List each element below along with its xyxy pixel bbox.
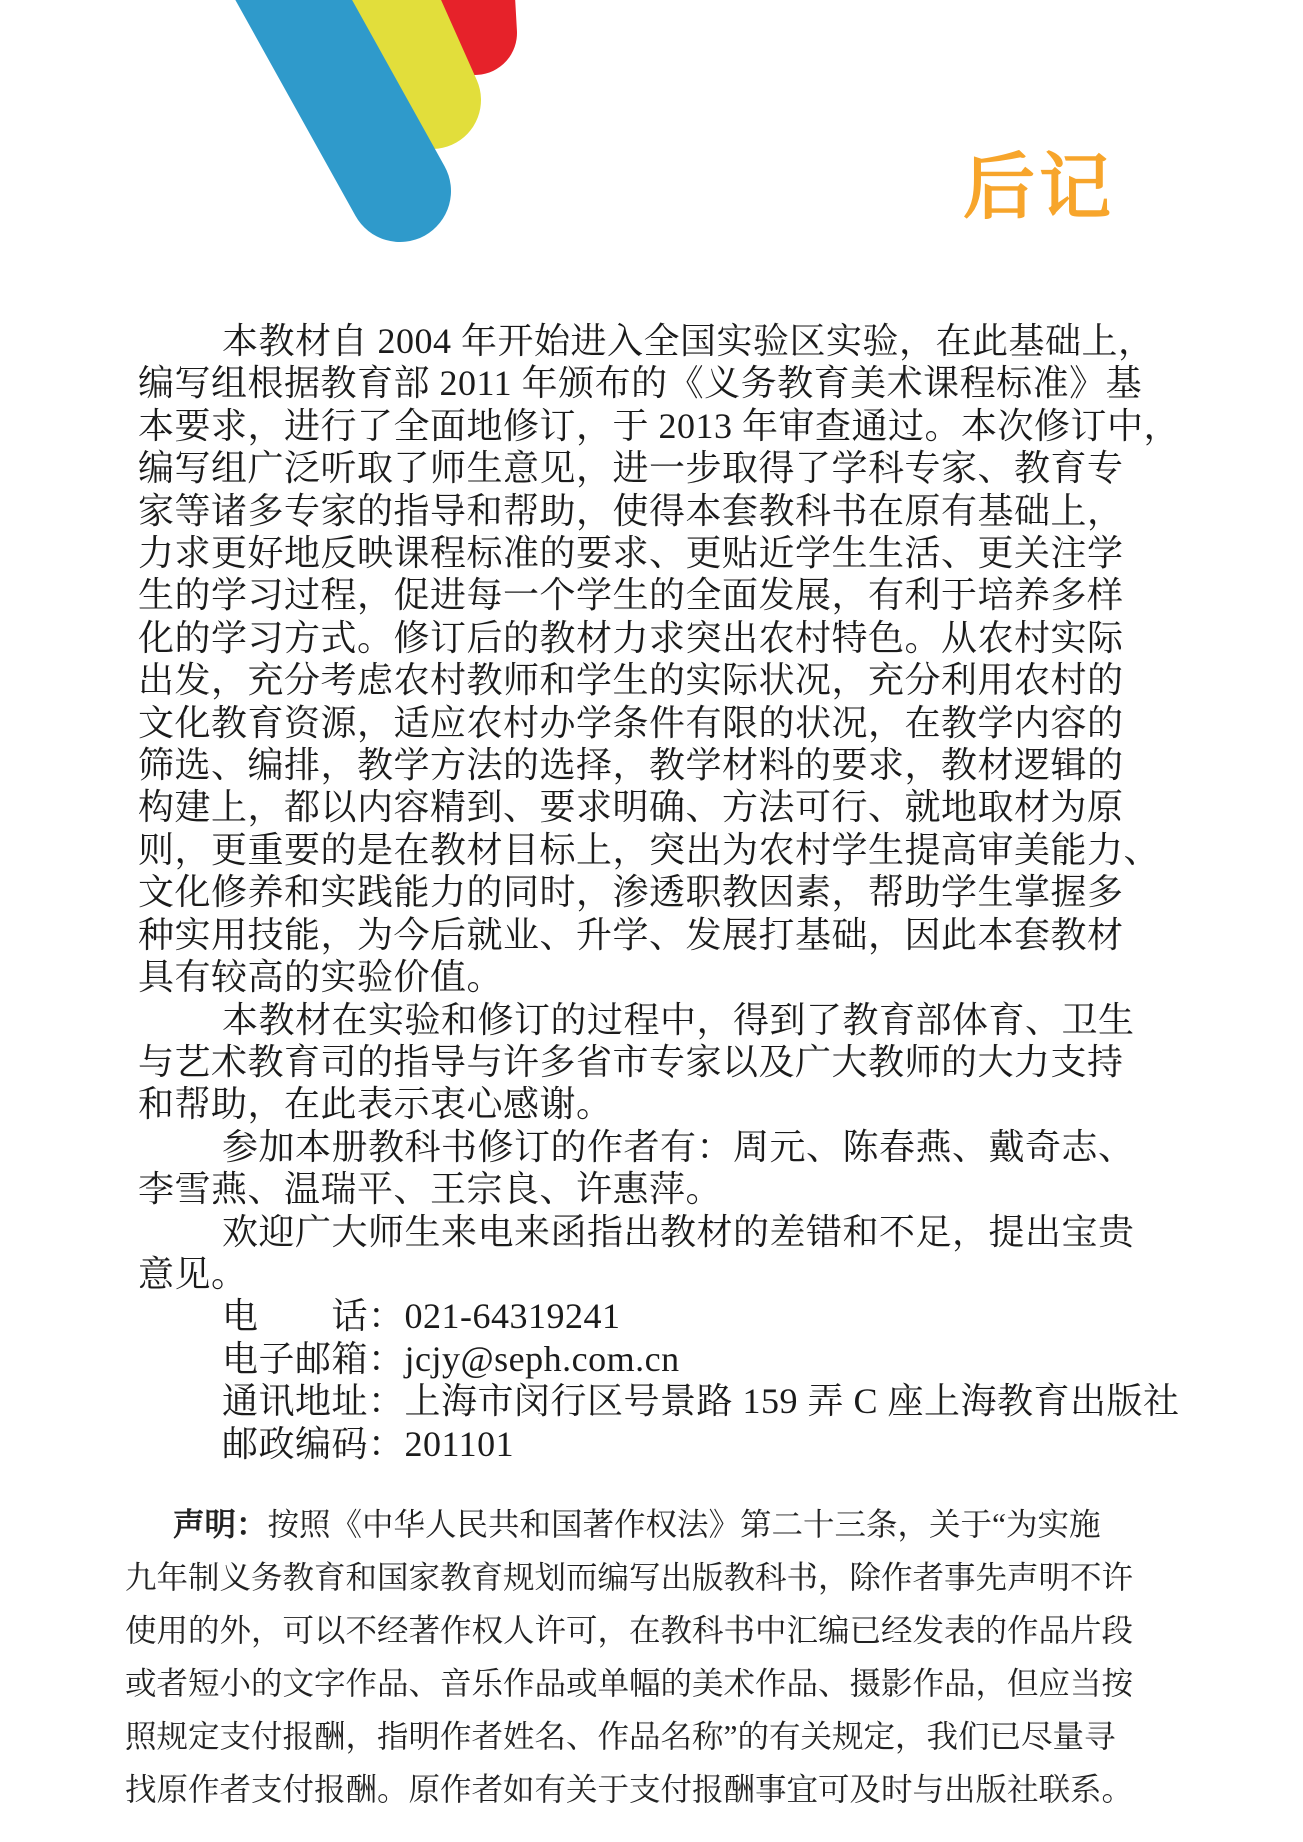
notice-line: 或者短小的文字作品、音乐作品或单幅的美术作品、摄影作品，但应当按: [125, 1657, 1155, 1710]
body-line: 与艺术教育司的指导与许多省市专家以及广大教师的大力支持: [138, 1041, 1148, 1083]
page-title: 后记: [963, 152, 1115, 224]
body-line: 文化教育资源，适应农村办学条件有限的状况，在教学内容的: [138, 702, 1148, 744]
address-line: 通讯地址：上海市闵行区号景路 159 弄 C 座上海教育出版社: [138, 1380, 1148, 1422]
notice-text: 按照《中华人民共和国著作权法》第二十三条，关于“为实施: [268, 1507, 1101, 1542]
body-line: 出发，充分考虑农村教师和学生的实际状况，充分利用农村的: [138, 659, 1148, 701]
body-line: 文化修养和实践能力的同时，渗透职教因素，帮助学生掌握多: [138, 871, 1148, 913]
afterword-text: 本教材自 2004 年开始进入全国实验区实验，在此基础上， 编写组根据教育部 2…: [138, 320, 1148, 1465]
body-line: 编写组广泛听取了师生意见，进一步取得了学科专家、教育专: [138, 447, 1148, 489]
email-line: 电子邮箱：jcjy@seph.com.cn: [138, 1338, 1148, 1380]
body-line: 筛选、编排，教学方法的选择，教学材料的要求，教材逻辑的: [138, 744, 1148, 786]
copyright-notice: 声明：按照《中华人民共和国著作权法》第二十三条，关于“为实施 九年制义务教育和国…: [125, 1498, 1155, 1816]
body-line: 和帮助，在此表示衷心感谢。: [138, 1083, 1148, 1125]
notice-line: 九年制义务教育和国家教育规划而编写出版教科书，除作者事先声明不许: [125, 1551, 1155, 1604]
red-brush-stroke-icon: [470, 0, 475, 33]
body-line: 李雪燕、温瑞平、王宗良、许惠萍。: [138, 1168, 1148, 1210]
body-line: 本教材在实验和修订的过程中，得到了教育部体育、卫生: [138, 999, 1148, 1041]
body-line: 具有较高的实验价值。: [138, 956, 1148, 998]
notice-line: 找原作者支付报酬。原作者如有关于支付报酬事宜可及时与出版社联系。: [125, 1763, 1155, 1816]
body-line: 化的学习方式。修订后的教材力求突出农村特色。从农村实际: [138, 617, 1148, 659]
body-line: 力求更好地反映课程标准的要求、更贴近学生生活、更关注学: [138, 532, 1148, 574]
notice-line: 声明：按照《中华人民共和国著作权法》第二十三条，关于“为实施: [125, 1498, 1155, 1551]
body-line: 构建上，都以内容精到、要求明确、方法可行、就地取材为原: [138, 786, 1148, 828]
body-line: 本要求，进行了全面地修订，于 2013 年审查通过。本次修订中，: [138, 405, 1148, 447]
body-line: 意见。: [138, 1253, 1148, 1295]
brush-stroke-logo-icon: [0, 0, 620, 256]
body-line: 本教材自 2004 年开始进入全国实验区实验，在此基础上，: [138, 320, 1148, 362]
body-line: 则，更重要的是在教材目标上，突出为农村学生提高审美能力、: [138, 829, 1148, 871]
body-line: 参加本册教科书修订的作者有：周元、陈春燕、戴奇志、: [138, 1126, 1148, 1168]
notice-line: 照规定支付报酬，指明作者姓名、作品名称”的有关规定，我们已尽量寻: [125, 1710, 1155, 1763]
body-line: 生的学习过程，促进每一个学生的全面发展，有利于培养多样: [138, 574, 1148, 616]
body-line: 家等诸多专家的指导和帮助，使得本套教科书在原有基础上，: [138, 490, 1148, 532]
phone-line: 电 话：021-64319241: [138, 1295, 1148, 1337]
notice-line: 使用的外，可以不经著作权人许可，在教科书中汇编已经发表的作品片段: [125, 1604, 1155, 1657]
body-line: 编写组根据教育部 2011 年颁布的《义务教育美术课程标准》基: [138, 362, 1148, 404]
body-line: 种实用技能，为今后就业、升学、发展打基础，因此本套教材: [138, 914, 1148, 956]
notice-label: 声明：: [173, 1507, 268, 1542]
book-page: 后记 本教材自 2004 年开始进入全国实验区实验，在此基础上， 编写组根据教育…: [0, 0, 1303, 1842]
postcode-line: 邮政编码：201101: [138, 1423, 1148, 1465]
body-line: 欢迎广大师生来电来函指出教材的差错和不足，提出宝贵: [138, 1211, 1148, 1253]
